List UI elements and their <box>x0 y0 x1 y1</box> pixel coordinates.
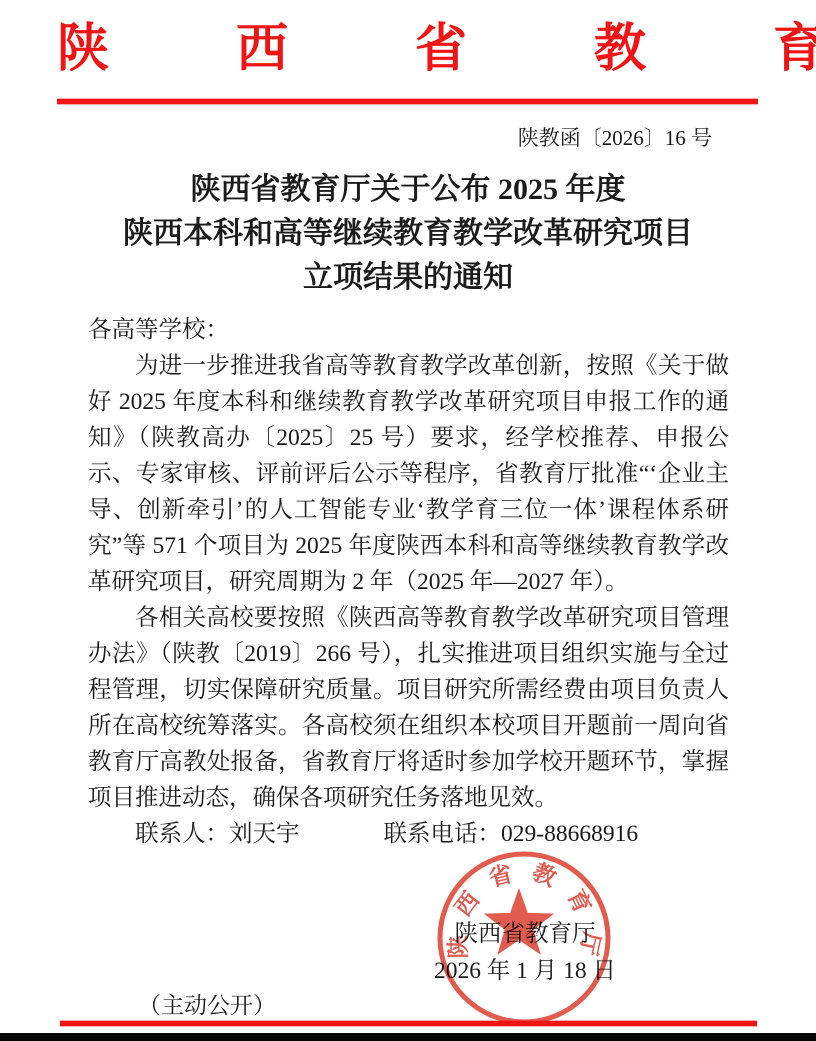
body-paragraph-2: 各相关高校要按照《陕西高等教育教学改革研究项目管理办法》（陕教〔2019〕266… <box>88 600 729 816</box>
document-title-line-1: 陕西省教育厅关于公布 2025 年度 <box>0 168 816 212</box>
disclosure-note: （主动公开） <box>138 987 276 1020</box>
letterhead-red-divider <box>57 99 758 104</box>
contact-person-name: 刘天宇 <box>229 821 300 847</box>
contact-person-label: 联系人： <box>135 821 229 847</box>
document-body: 各高等学校： 为进一步推进我省高等教育教学改革创新，按照《关于做好 2025 年… <box>88 312 729 852</box>
body-paragraph-1: 为进一步推进我省高等教育教学改革创新，按照《关于做好 2025 年度本科和继续教… <box>88 348 729 600</box>
contact-line: 联系人：刘天宇联系电话：029-88668916 <box>88 816 729 852</box>
signature-agency-name: 陕西省教育厅 <box>404 916 646 953</box>
contact-phone-number: 029-88668916 <box>501 821 638 847</box>
official-document-page: 陕 西 省 教 育 厅 陕教函〔2026〕16 号 陕西省教育厅关于公布 202… <box>0 0 816 1041</box>
contact-phone-label: 联系电话： <box>384 821 502 847</box>
signature-block: 陕西省教育厅 2026 年 1 月 18 日 <box>404 916 646 990</box>
footer-red-divider <box>60 1021 757 1026</box>
document-title-line-3: 立项结果的通知 <box>0 256 816 300</box>
document-title-line-2: 陕西本科和高等继续教育教学改革研究项目 <box>0 212 816 256</box>
salutation: 各高等学校： <box>88 312 729 348</box>
document-reference-number: 陕教函〔2026〕16 号 <box>518 122 712 152</box>
letterhead-agency-title: 陕 西 省 教 育 厅 <box>0 6 816 81</box>
page-bottom-scan-edge <box>0 1033 816 1041</box>
document-title: 陕西省教育厅关于公布 2025 年度 陕西本科和高等继续教育教学改革研究项目 立… <box>0 168 816 300</box>
signature-date: 2026 年 1 月 18 日 <box>404 953 646 990</box>
